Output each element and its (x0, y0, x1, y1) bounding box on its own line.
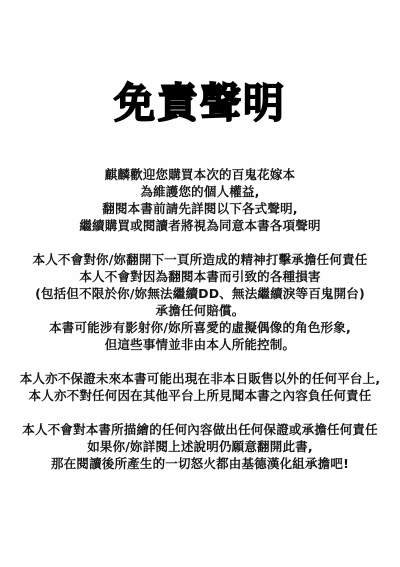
disclaimer-line: 本書可能涉有影射你/妳所喜愛的虛擬偶像的角色形象, (0, 319, 400, 336)
disclaimer-block-intro: 麒麟歡迎您購買本次的百鬼花嫁本 為維護您的個人權益, 翻閱本書前請先詳閱以下各式… (0, 166, 400, 234)
disclaimer-line: 本人不會對你/妳翻開下一頁所造成的精神打擊承擔任何責任 (0, 251, 400, 268)
disclaimer-line: 翻閱本書前請先詳閱以下各式聲明, (0, 200, 400, 217)
disclaimer-block-liability: 本人不會對你/妳翻開下一頁所造成的精神打擊承擔任何責任 本人不會對因為翻閱本書而… (0, 251, 400, 353)
disclaimer-line: 繼續購買或閱讀者將視為同意本書各項聲明 (0, 217, 400, 234)
disclaimer-line: 為維護您的個人權益, (0, 183, 400, 200)
disclaimer-block-platforms: 本人亦不保證未來本書可能出現在非本日販售以外的任何平台上, 本人亦不對任何因在其… (0, 370, 400, 404)
page-title: 免責聲明 (0, 78, 400, 128)
disclaimer-line: 本人亦不對任何因在其他平台上所見聞本書之內容負任何責任 (0, 387, 400, 404)
disclaimer-line: 麒麟歡迎您購買本次的百鬼花嫁本 (0, 166, 400, 183)
disclaimer-line: (包括但不限於你/妳無法繼續DD、無法繼續淚等百鬼開台) (0, 285, 400, 302)
disclaimer-line: 本人不會對本書所描繪的任何內容做出任何保證或承擔任何責任 (0, 421, 400, 438)
disclaimer-page: 免責聲明 麒麟歡迎您購買本次的百鬼花嫁本 為維護您的個人權益, 翻閱本書前請先詳… (0, 0, 400, 567)
disclaimer-block-content: 本人不會對本書所描繪的任何內容做出任何保證或承擔任何責任 如果你/妳詳閱上述說明… (0, 421, 400, 472)
disclaimer-line: 本人不會對因為翻閱本書而引致的各種損害 (0, 268, 400, 285)
disclaimer-line: 本人亦不保證未來本書可能出現在非本日販售以外的任何平台上, (0, 370, 400, 387)
disclaimer-line: 但這些事情並非由本人所能控制。 (0, 336, 400, 353)
disclaimer-line: 如果你/妳詳閱上述說明仍願意翻開此書, (0, 438, 400, 455)
disclaimer-line: 承擔任何賠償。 (0, 302, 400, 319)
disclaimer-line: 那在閱讀後所產生的一切怒火都由基德漢化組承擔吧! (0, 455, 400, 472)
